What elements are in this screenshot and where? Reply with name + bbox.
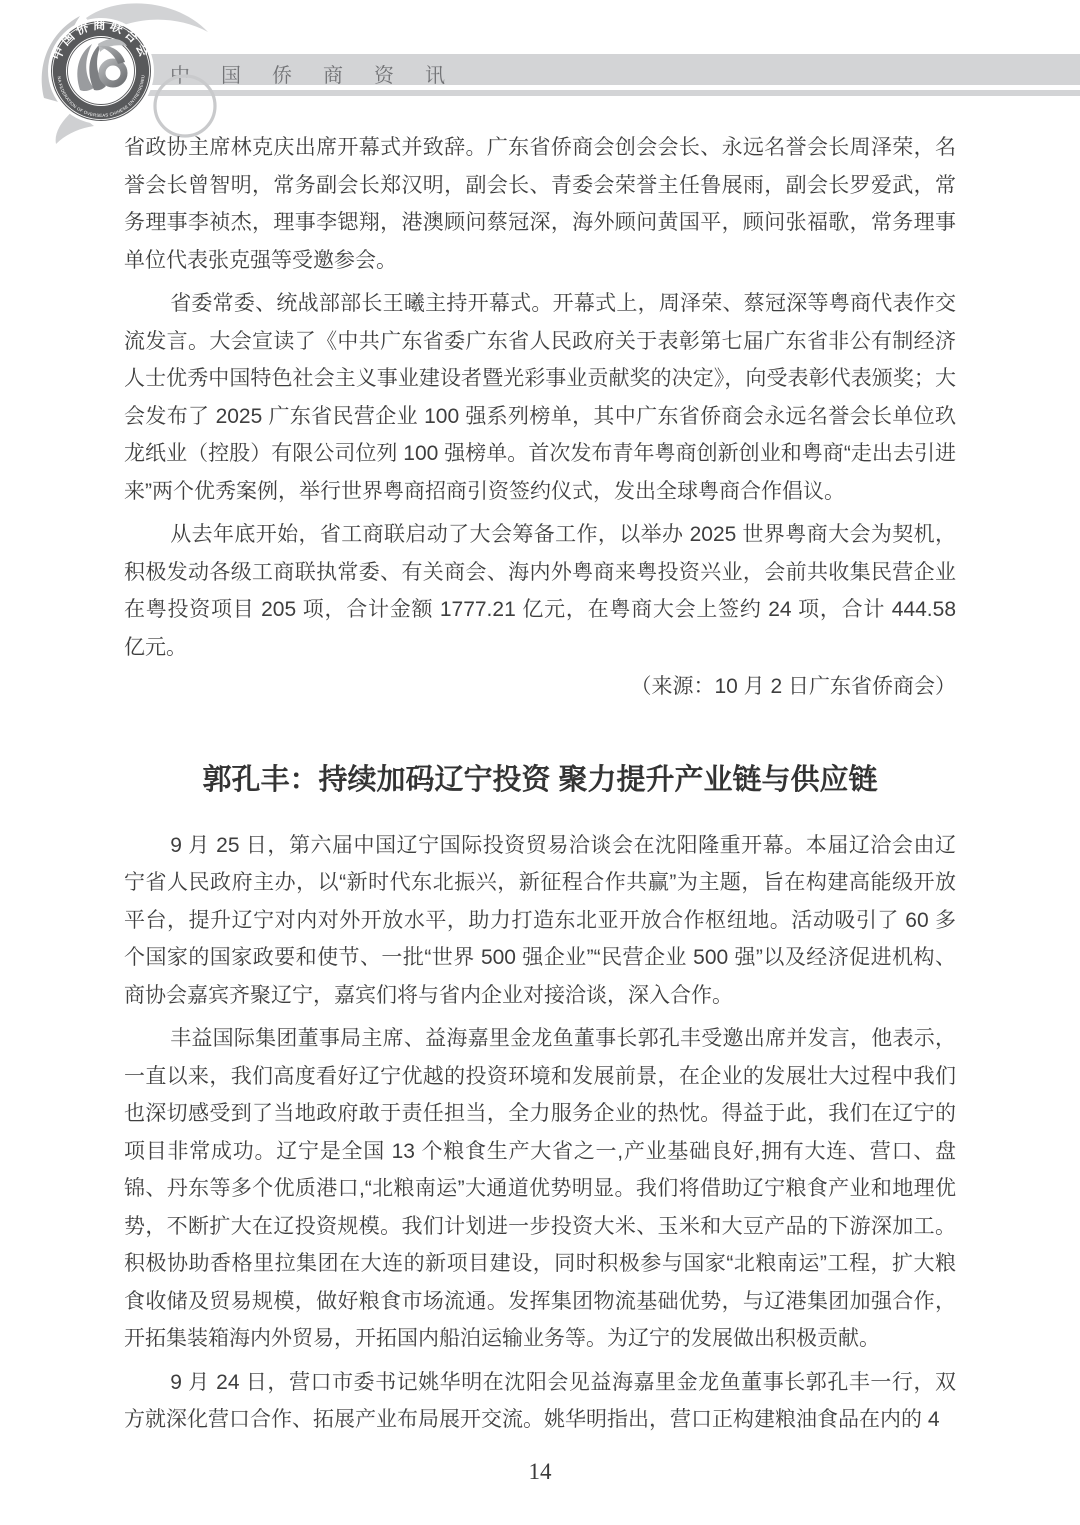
article-title: 郭孔丰：持续加码辽宁投资 聚力提升产业链与供应链 [124,758,956,802]
article-paragraph: 省政协主席林克庆出席开幕式并致辞。广东省侨商会创会会长、永远名誉会长周泽荣，名誉… [124,129,956,279]
article-paragraph: 丰益国际集团董事局主席、益海嘉里金龙鱼董事长郭孔丰受邀出席并发言，他表示，一直以… [124,1020,956,1358]
newsletter-page: 中国侨商资讯 中国侨商联合会 [0,0,1080,1525]
article-paragraph: 9 月 25 日，第六届中国辽宁国际投资贸易洽谈会在沈阳隆重开幕。本届辽洽会由辽… [124,827,956,1015]
article-paragraph: 从去年底开始，省工商联启动了大会筹备工作，以举办 2025 世界粤商大会为契机，… [124,516,956,666]
article-paragraph: 9 月 24 日，营口市委书记姚华明在沈阳会见益海嘉里金龙鱼董事长郭孔丰一行，双… [124,1364,956,1439]
article-source: （来源：10 月 2 日广东省侨商会） [124,668,956,706]
article-paragraph: 省委常委、统战部部长王曦主持开幕式。开幕式上，周泽荣、蔡冠深等粤商代表作交流发言… [124,285,956,510]
page-content: 省政协主席林克庆出席开幕式并致辞。广东省侨商会创会会长、永远名誉会长周泽荣，名誉… [124,0,956,1439]
page-number: 14 [0,1459,1080,1485]
